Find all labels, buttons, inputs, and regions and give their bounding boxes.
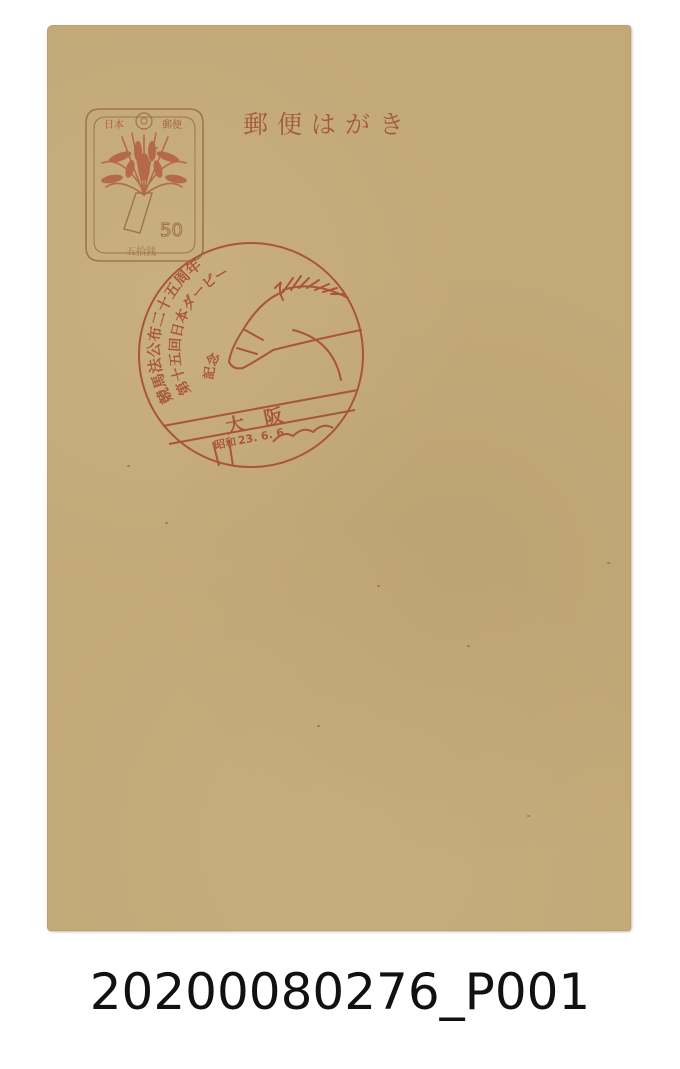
paper-speck bbox=[467, 645, 470, 647]
paper-speck bbox=[607, 562, 610, 564]
horse-head-icon bbox=[229, 276, 361, 380]
postcard: 郵便はがき bbox=[47, 25, 631, 931]
paper-speck bbox=[317, 725, 320, 727]
commemorative-postmark: 競馬法公布二十五周年 第十五回日本ダービー 記念 大阪 昭和 23. 6. 6 bbox=[133, 230, 383, 480]
paper-speck bbox=[527, 815, 530, 817]
svg-text:第十五回日本ダービー: 第十五回日本ダービー bbox=[168, 264, 232, 398]
paper-speck bbox=[127, 465, 130, 467]
postmark-era: 昭和 bbox=[213, 434, 237, 452]
rice-sheaf-icon bbox=[100, 133, 187, 233]
postmark-line2: 第十五回日本ダービー bbox=[168, 264, 232, 398]
stamp-top-left-text: 日本 bbox=[104, 118, 124, 131]
svg-text:記念: 記念 bbox=[201, 350, 224, 381]
paper-speck bbox=[165, 522, 168, 524]
postcard-heading: 郵便はがき bbox=[243, 105, 423, 141]
stamp-top-right-text: 郵便 bbox=[162, 119, 182, 131]
paper-speck bbox=[377, 585, 380, 587]
image-caption: 20200080276_P001 bbox=[0, 963, 680, 1021]
postmark-line3: 記念 bbox=[201, 350, 224, 381]
